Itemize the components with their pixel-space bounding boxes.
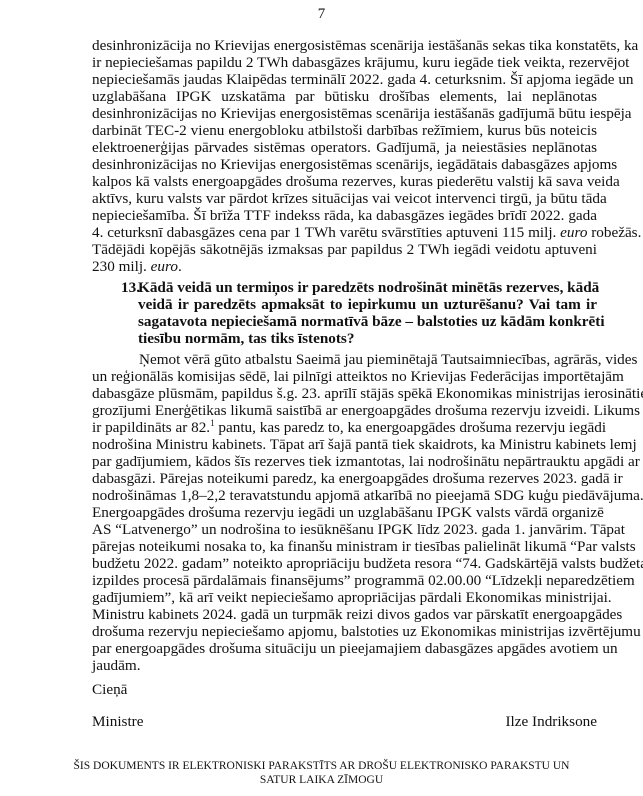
text-line: 230 milj. euro. — [92, 258, 597, 275]
text-line: Energoapgādes drošuma rezervju iegādi un… — [92, 504, 597, 521]
text-line: nepieciešamās jaudas Klaipēdas terminālī… — [92, 71, 597, 88]
text-line: darbināt TEC-2 vienu energobloku atbilst… — [92, 122, 597, 139]
text-line: nepieciešamība. Šī brīža TTF indekss rād… — [92, 207, 597, 224]
text-line: un reģionālās komisijas sēdē, lai pilnīg… — [92, 368, 597, 385]
text-line: par energoapgādes drošuma situāciju un p… — [92, 640, 597, 657]
text-line: uzglabāšana IPGK uzskatāma par būtisku d… — [92, 88, 597, 105]
text-line: aktīvs, kuru valsts var pārdot krīzes si… — [92, 190, 597, 207]
question-line: sagatavota nepieciešamā normatīvā bāze –… — [138, 313, 597, 330]
text-line: dabasgāzi. Pārejas noteikumi paredz, ka … — [92, 470, 597, 487]
text-line: dabasgāze plūsmām, papildus š.g. 23. apr… — [92, 385, 597, 402]
question-line: veidā ir paredzēts apmaksāt to iepirkumu… — [138, 296, 597, 313]
text-segment: pantu, kas paredz to, ka energoapgādes d… — [215, 419, 607, 436]
e-signature-notice: ŠIS DOKUMENTS IR ELEKTRONISKI PARAKSTĪTS… — [0, 759, 643, 787]
text-segment: robežās. — [587, 224, 641, 241]
page-number: 7 — [0, 6, 643, 23]
text-line: desinhronizācijas no Krievijas energosis… — [92, 156, 597, 173]
text-line: kalpos kā valsts energoapgādes drošuma r… — [92, 173, 597, 190]
text-line: desinhronizācija no Krievijas energosist… — [92, 37, 597, 54]
text-line: desinhronizācijas no Krievijas energosis… — [92, 105, 597, 122]
text-line: Ņemot vērā gūto atbalstu Saeimā jau piem… — [92, 351, 597, 368]
text-line: AS “Latvenergo” un nodrošina to iesūknēš… — [92, 521, 597, 538]
text-line: elektroenerģijas pārvades sistēmas opera… — [92, 139, 597, 156]
text-segment: Kādā veidā un termiņos ir paredzēts nodr… — [138, 279, 599, 296]
signer-name: Ilze Indriksone — [505, 713, 597, 731]
text-line: izpildes procesā pārdalāmais finansējums… — [92, 572, 597, 589]
text-line: Tādējādi kopējās sākotnējās izmaksas par… — [92, 241, 597, 258]
question-number: 13. — [121, 279, 138, 296]
italic-euro: euro — [560, 224, 587, 241]
text-segment: . — [178, 258, 182, 275]
text-line: jaudām. — [92, 657, 597, 674]
text-segment: ir papildināts ar 82. — [92, 419, 210, 436]
text-segment: 4. ceturksnī dabasgāzes cena par 1 TWh v… — [92, 224, 560, 241]
text-line: budžetu 2022. gadam” noteikto apropriāci… — [92, 555, 597, 572]
salutation: Cieņā — [92, 681, 127, 699]
text-line: ir nepieciešamas papildu 2 TWh dabasgāze… — [92, 54, 597, 71]
text-line: Ministru kabinets 2024. gadā un turpmāk … — [92, 606, 597, 623]
text-line: par gadījumiem, kādos šīs rezerves tiek … — [92, 453, 597, 470]
question-line: tiesību normām, tas tiks īstenots? — [138, 330, 597, 347]
text-line: drošuma rezervju nepieciešamo apjomu, ba… — [92, 623, 597, 640]
signer-title: Ministre — [92, 713, 143, 731]
text-line: pārejas noteikumi nosaka to, ka finanšu … — [92, 538, 597, 555]
footer-line: ŠIS DOKUMENTS IR ELEKTRONISKI PARAKSTĪTS… — [0, 759, 643, 773]
text-line: nodrošināmas 1,8–2,2 teravatstundu apjom… — [92, 487, 597, 504]
text-line: 4. ceturksnī dabasgāzes cena par 1 TWh v… — [92, 224, 597, 241]
italic-euro: euro — [151, 258, 178, 275]
text-line: nodrošina Ministru kabinets. Tāpat arī š… — [92, 436, 597, 453]
footer-line: SATUR LAIKA ZĪMOGU — [0, 773, 643, 787]
text-line: ir papildināts ar 82.1 pantu, kas paredz… — [92, 419, 597, 436]
text-line: gadījumiem”, kā arī veikt nepieciešamo a… — [92, 589, 597, 606]
text-line: grozījumi Enerģētikas likumā saistībā ar… — [92, 402, 597, 419]
text-segment: 230 milj. — [92, 258, 151, 275]
question-line: 13.Kādā veidā un termiņos ir paredzēts n… — [121, 279, 597, 296]
